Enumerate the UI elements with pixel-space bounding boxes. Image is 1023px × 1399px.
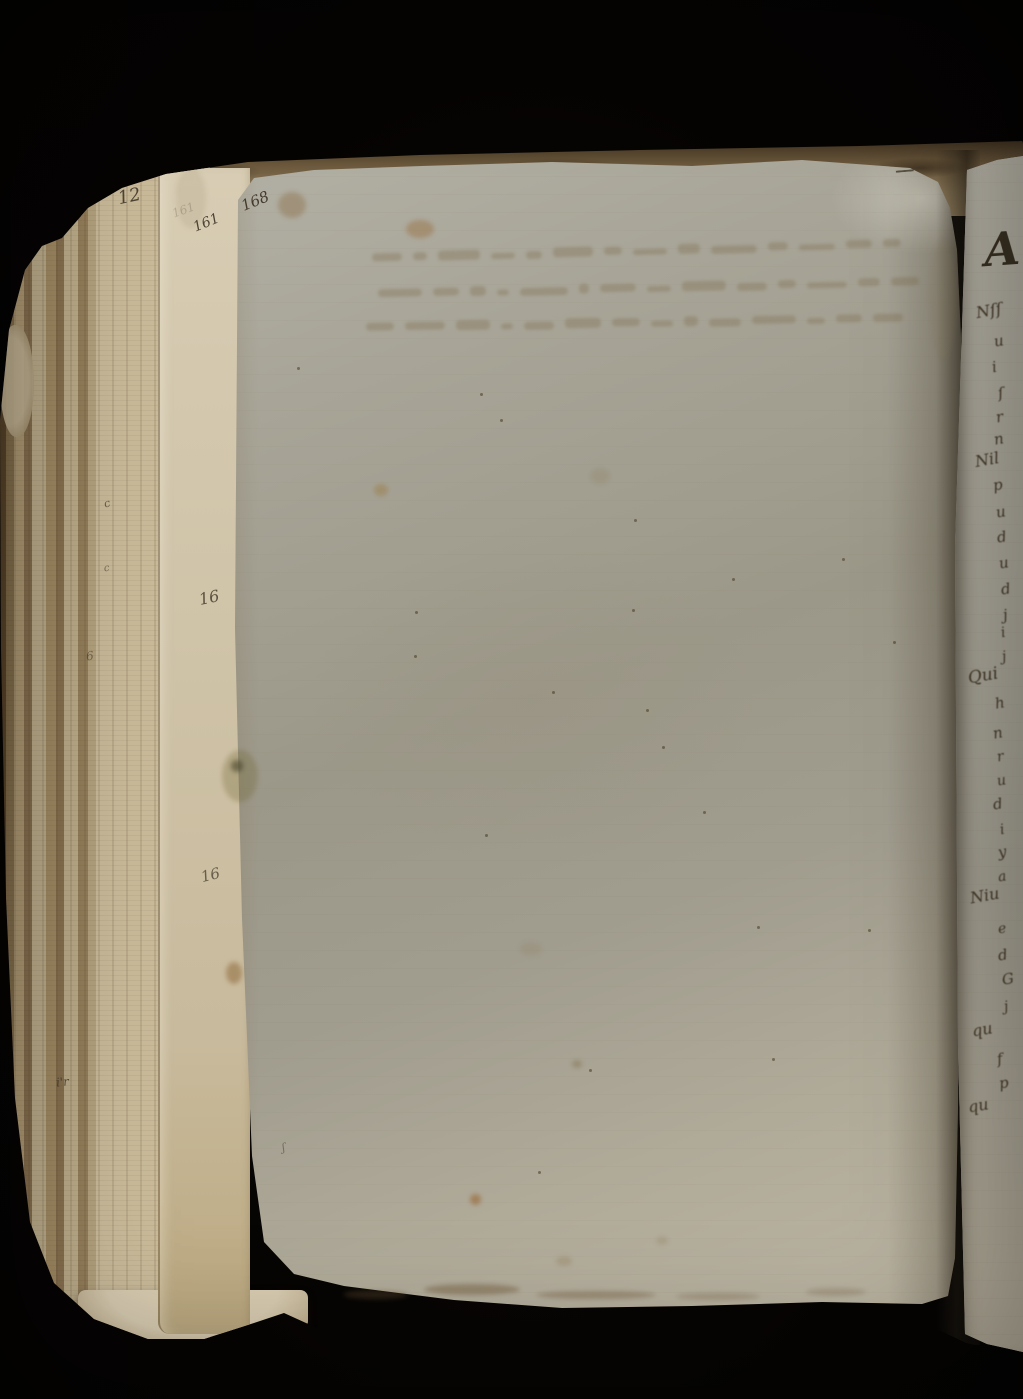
page-number: 12: [116, 186, 142, 208]
paper-speck: [842, 558, 845, 561]
paper-speck: [552, 691, 555, 694]
bleedthrough-word: [846, 240, 872, 249]
bleedthrough-word: [858, 278, 880, 286]
ink-mark: 6: [85, 650, 94, 663]
paper-speck: [732, 578, 735, 581]
bleedthrough-word: [633, 248, 667, 255]
page-number: 168: [239, 189, 271, 214]
bleedthrough-word: [524, 322, 554, 331]
stain: [231, 760, 243, 772]
page-number: 16: [199, 866, 221, 885]
paper-speck: [646, 709, 649, 712]
paper-speck: [589, 1069, 592, 1072]
handwriting-fragment: Nſſ: [975, 301, 1003, 321]
bleedthrough-word: [678, 243, 700, 254]
bleedthrough-word: [491, 253, 515, 260]
bleedthrough-word: [378, 288, 422, 297]
bleedthrough-word: [768, 242, 788, 251]
stain: [406, 220, 434, 238]
bleedthrough-word: [501, 323, 513, 329]
bleedthrough-line: [366, 313, 914, 342]
handwriting-fragment: p: [992, 477, 1004, 493]
bleedthrough-word: [470, 286, 486, 296]
stain: [536, 1291, 656, 1299]
bleedthrough-word: [565, 318, 601, 329]
handwriting-fragment: i: [1000, 626, 1007, 641]
handwriting-fragment: d: [1000, 581, 1012, 597]
handwriting-fragment: qu: [967, 1096, 990, 1115]
paper-speck: [703, 811, 706, 814]
bleedthrough-word: [438, 250, 480, 261]
bleedthrough-line: [378, 277, 930, 309]
bleedthrough-word: [579, 283, 589, 293]
bleedthrough-word: [778, 280, 796, 288]
handwriting-fragment: i: [999, 823, 1006, 838]
stain: [226, 962, 242, 984]
stain: [590, 468, 610, 484]
bleedthrough-line: [372, 238, 912, 272]
bleedthrough-word: [604, 247, 622, 255]
stain: [556, 1256, 572, 1266]
handwriting-fragment: e: [997, 921, 1008, 936]
bleedthrough-word: [372, 253, 402, 262]
handwriting-fragment: Qui: [967, 665, 1000, 687]
ink-mark: i'r: [55, 1075, 69, 1088]
bleedthrough-word: [651, 320, 673, 326]
handwriting-fragment: y: [997, 844, 1008, 860]
handwriting-fragment: j: [1001, 650, 1008, 665]
bleedthrough-word: [413, 252, 427, 260]
handwriting-fragment: d: [997, 947, 1009, 963]
stain: [520, 942, 542, 956]
handwriting-fragment: u: [996, 773, 1007, 788]
bleedthrough-word: [405, 321, 445, 330]
bleedthrough-word: [883, 239, 901, 247]
bleedthrough-word: [752, 315, 796, 324]
ink-mark: c: [103, 497, 112, 509]
handwriting-fragment: h: [994, 695, 1006, 711]
paper-speck: [297, 367, 300, 370]
handwriting-fragment: j: [1002, 608, 1009, 624]
paper-speck: [480, 393, 483, 396]
handwriting-fragment: a: [997, 869, 1008, 884]
stain: [470, 1194, 481, 1205]
book: A NſſuiſrnNilpududjijQuihnrudiyaNiuedGjq…: [0, 0, 1023, 1399]
paper-speck: [415, 611, 418, 614]
handwriting-fragment: Niu: [969, 886, 1001, 907]
stain: [572, 1060, 582, 1068]
bleedthrough-word: [682, 280, 726, 291]
bleedthrough-word: [807, 282, 847, 289]
paper-speck: [634, 519, 637, 522]
stain: [930, 240, 956, 360]
stain: [424, 1284, 520, 1295]
bleedthrough-word: [711, 245, 757, 254]
stain: [806, 1288, 866, 1296]
handwriting-fragment: u: [993, 333, 1005, 349]
handwriting-fragment: n: [993, 431, 1005, 447]
paper-speck: [772, 1058, 775, 1061]
handwriting-fragment: i: [991, 360, 998, 376]
ink-stroke-mark: [896, 169, 915, 178]
bleedthrough-word: [737, 282, 767, 291]
bleedthrough-word: [891, 277, 919, 286]
stain: [222, 750, 258, 802]
paper-speck: [868, 929, 871, 932]
handwriting-fragment: G: [1001, 971, 1015, 988]
paper-speck: [538, 1171, 541, 1174]
handwriting-fragment: r: [995, 409, 1005, 425]
bleedthrough-word: [600, 283, 636, 292]
stain: [344, 1290, 408, 1299]
paper-speck: [893, 641, 896, 644]
bleedthrough-word: [553, 246, 593, 257]
bleedthrough-word: [456, 320, 490, 331]
handwriting-fragment: d: [996, 529, 1008, 545]
handwriting-fragment: f: [996, 1052, 1004, 1068]
bleedthrough-word: [836, 314, 862, 322]
bleedthrough-word: [366, 322, 394, 330]
bleedthrough-word: [799, 244, 835, 251]
ink-overlay: NſſuiſrnNilpududjijQuihnrudiyaNiuedGjquf…: [0, 0, 1023, 1399]
handwriting-fragment: qu: [971, 1020, 994, 1039]
handwriting-fragment: r: [996, 750, 1005, 765]
ink-stroke-mark: [122, 164, 169, 178]
bleedthrough-word: [684, 316, 698, 326]
handwriting-fragment: n: [992, 725, 1004, 741]
stain: [656, 1236, 668, 1245]
bleedthrough-word: [497, 289, 509, 295]
paper-speck: [662, 746, 665, 749]
paper-speck: [632, 609, 635, 612]
bleedthrough-word: [520, 287, 568, 296]
handwriting-fragment: Nil: [974, 450, 1001, 470]
page-number: 16: [198, 588, 221, 608]
handwriting-fragment: j: [1003, 1000, 1010, 1015]
handwriting-fragment: ſ: [997, 386, 1005, 402]
photo-stage: A NſſuiſrnNilpududjijQuihnrudiyaNiuedGjq…: [0, 0, 1023, 1399]
handwriting-fragment: u: [995, 504, 1007, 520]
paper-speck: [485, 834, 488, 837]
stain: [278, 192, 306, 218]
paper-speck: [414, 655, 417, 658]
bleedthrough-word: [873, 313, 903, 322]
bleedthrough-word: [807, 318, 825, 324]
handwriting-fragment: p: [998, 1075, 1010, 1091]
paper-speck: [500, 419, 503, 422]
bleedthrough-word: [647, 286, 671, 293]
stain: [676, 1293, 760, 1300]
ink-mark: c: [103, 564, 110, 575]
stain: [374, 484, 388, 496]
handwriting-fragment: d: [992, 796, 1004, 812]
ink-mark: ʃ: [281, 1142, 286, 1153]
bleedthrough-word: [433, 287, 459, 296]
handwriting-fragment: u: [998, 555, 1010, 571]
bleedthrough-word: [709, 318, 741, 327]
bleedthrough-word: [612, 318, 640, 326]
paper-speck: [757, 926, 760, 929]
bleedthrough-word: [526, 251, 542, 259]
